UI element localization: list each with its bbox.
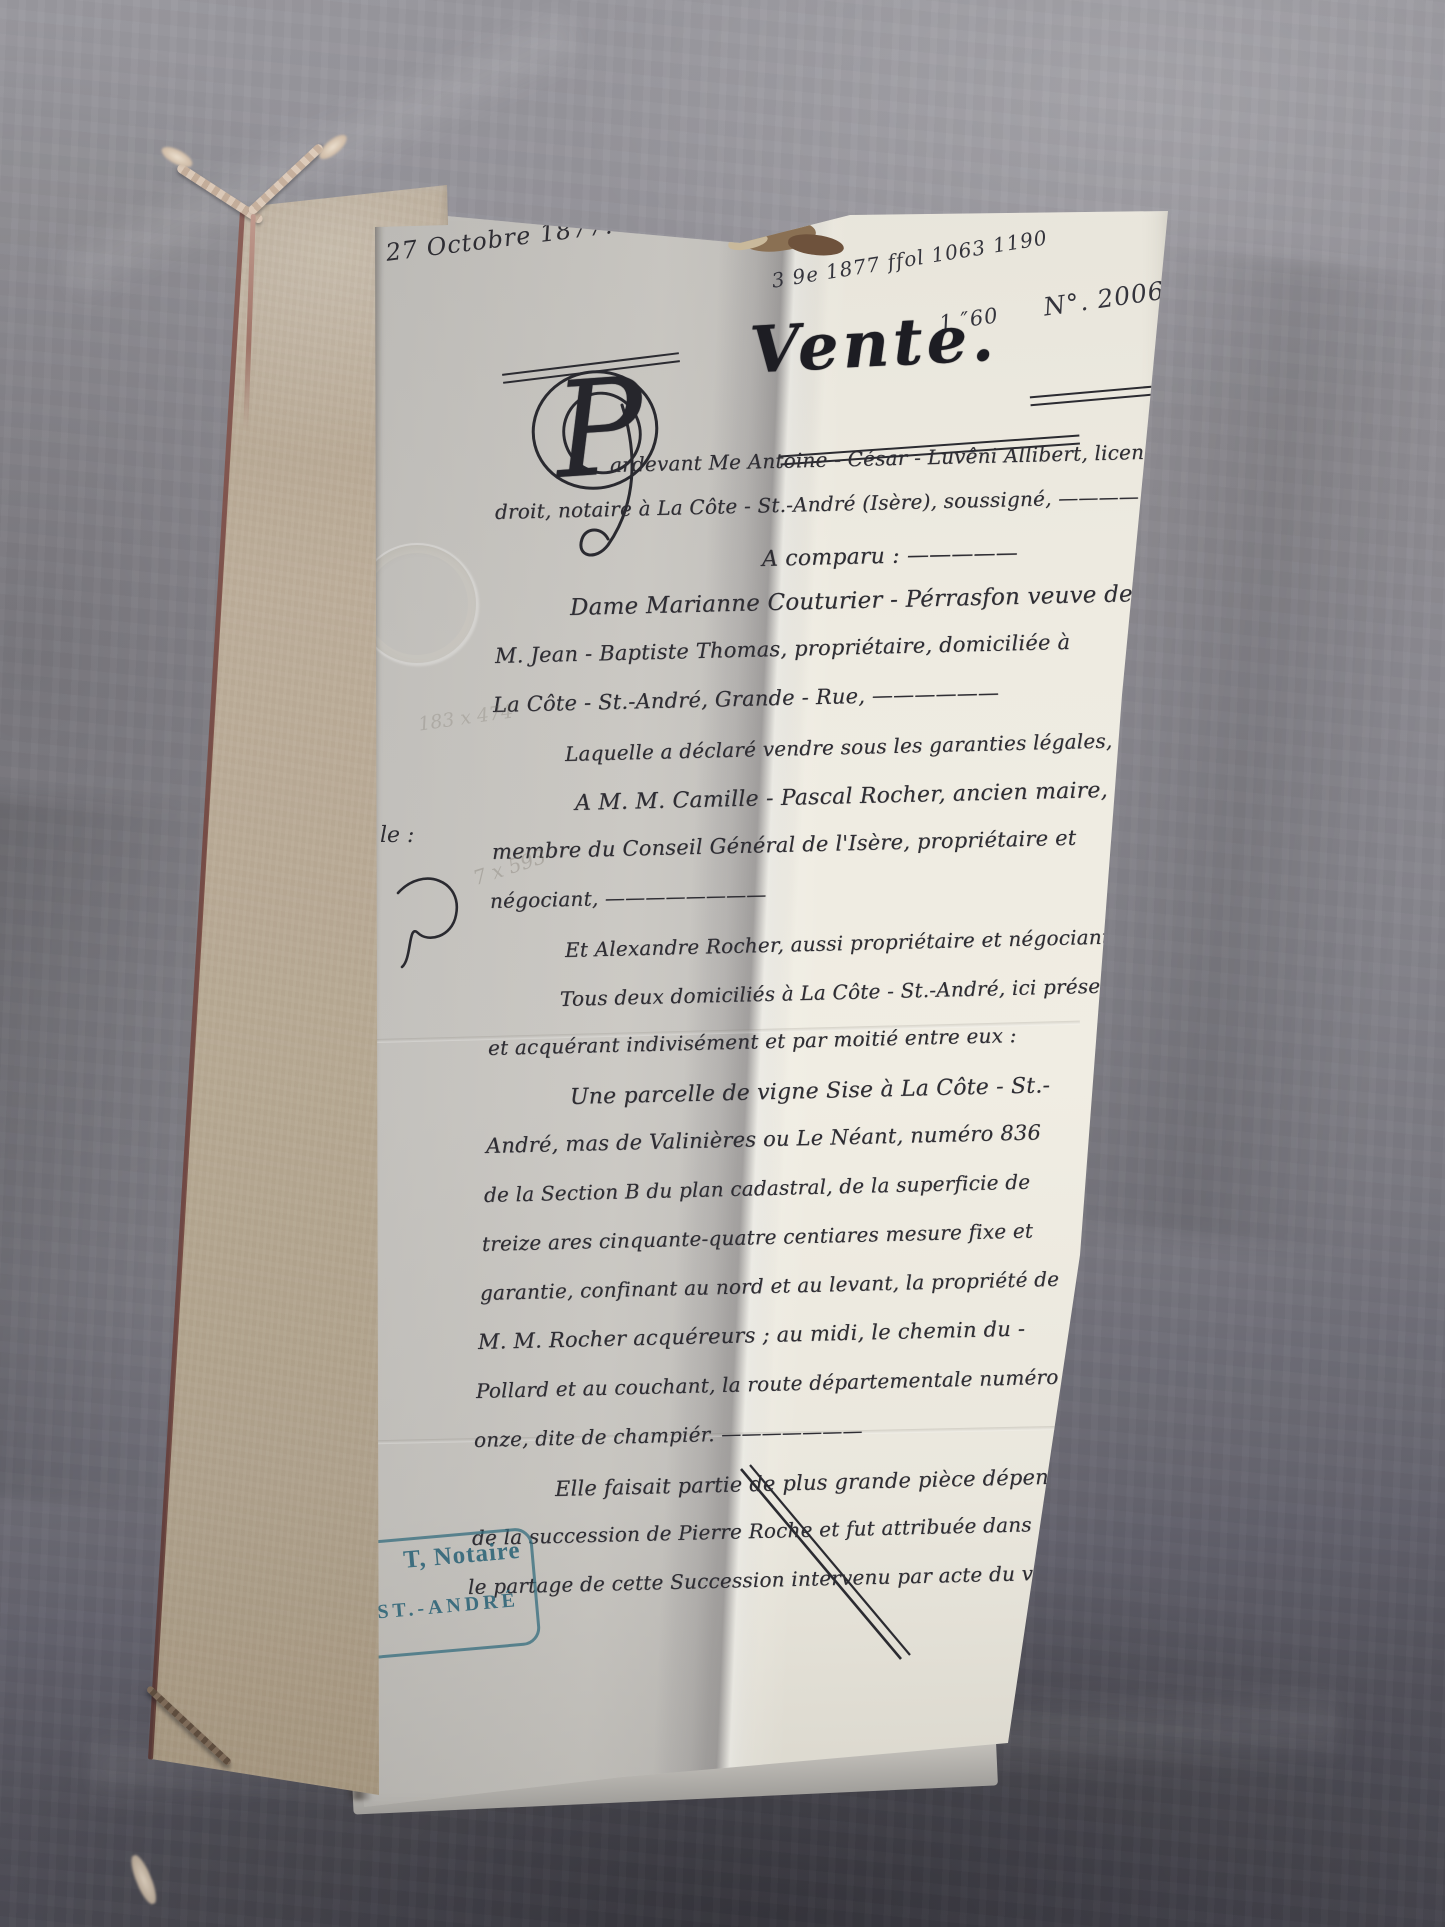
deed-text-line: négociant, ————————: [490, 882, 767, 913]
deed-text-line: Une parcelle de vigne Sise à La Côte - S…: [570, 1073, 1051, 1110]
deed-text-line: M. M. Rocher acquéreurs ; au midi, le ch…: [478, 1317, 1026, 1354]
deed-number: N°. 2006.: [1042, 275, 1176, 322]
closing-diagonal-rule: [735, 1463, 920, 1668]
deed-text-line: A M. M. Camille - Pascal Rocher, ancien …: [575, 778, 1108, 816]
deed-text-line: Pollard et au couchant, la route départe…: [476, 1365, 1059, 1403]
deed-text-line: garantie, confinant au nord et au levant…: [480, 1267, 1060, 1305]
title-rule-right: [1030, 386, 1152, 407]
deed-text-line: Dame Marianne Couturier - Pérrasfon veuv…: [570, 581, 1133, 621]
deed-text-line: de la Section B du plan cadastral, de la…: [484, 1170, 1031, 1207]
pencil-annotation: 183 x 474: [417, 700, 514, 735]
deed-text-line: M. Jean - Baptiste Thomas, propriétaire,…: [495, 630, 1071, 668]
deed-text-line: ardevant Me Antoine - César - Luvêni All…: [610, 438, 1206, 477]
stamp-town-text: ST.-ANDRÉ: [377, 1589, 520, 1624]
deed-text-line: onze, dite de champiér. ———————: [474, 1419, 863, 1452]
drop-cap-initial: P: [551, 360, 649, 498]
torn-binding-scrap: [787, 232, 845, 258]
deed-text-line: André, mas de Valinières ou Le Néant, nu…: [486, 1120, 1042, 1158]
frayed-string-tuft: [127, 1853, 160, 1907]
deed-page: 27 Octobre 1877. 3 9e 1877 ffol 1063 119…: [330, 195, 1180, 1820]
stamp-notaire-text: T, Notaire: [402, 1537, 521, 1575]
margin-doodle: [378, 863, 468, 973]
deed-text-line: membre du Conseil Général de l'Isère, pr…: [492, 826, 1077, 864]
deed-title: Vente.: [748, 301, 999, 389]
margin-note: le :: [380, 823, 414, 848]
deed-text-line: A comparu : —————: [762, 541, 1019, 572]
photo-of-notarial-deed: 27 Octobre 1877. 3 9e 1877 ffol 1063 119…: [0, 0, 1445, 1927]
deed-text-line: et acquérant indivisément et par moitié …: [488, 1023, 1017, 1060]
deed-text-line: Laquelle a déclaré vendre sous les garan…: [565, 727, 1180, 766]
deed-text-line: Et Alexandre Rocher, aussi propriétaire …: [565, 925, 1117, 962]
deed-text-line: treize ares cinquante-quatre centiares m…: [482, 1219, 1034, 1256]
deed-text-line: La Côte - St.-André, Grande - Rue, —————…: [493, 681, 1000, 717]
deed-text-line: Tous deux domiciliés à La Côte - St.-And…: [560, 973, 1146, 1011]
